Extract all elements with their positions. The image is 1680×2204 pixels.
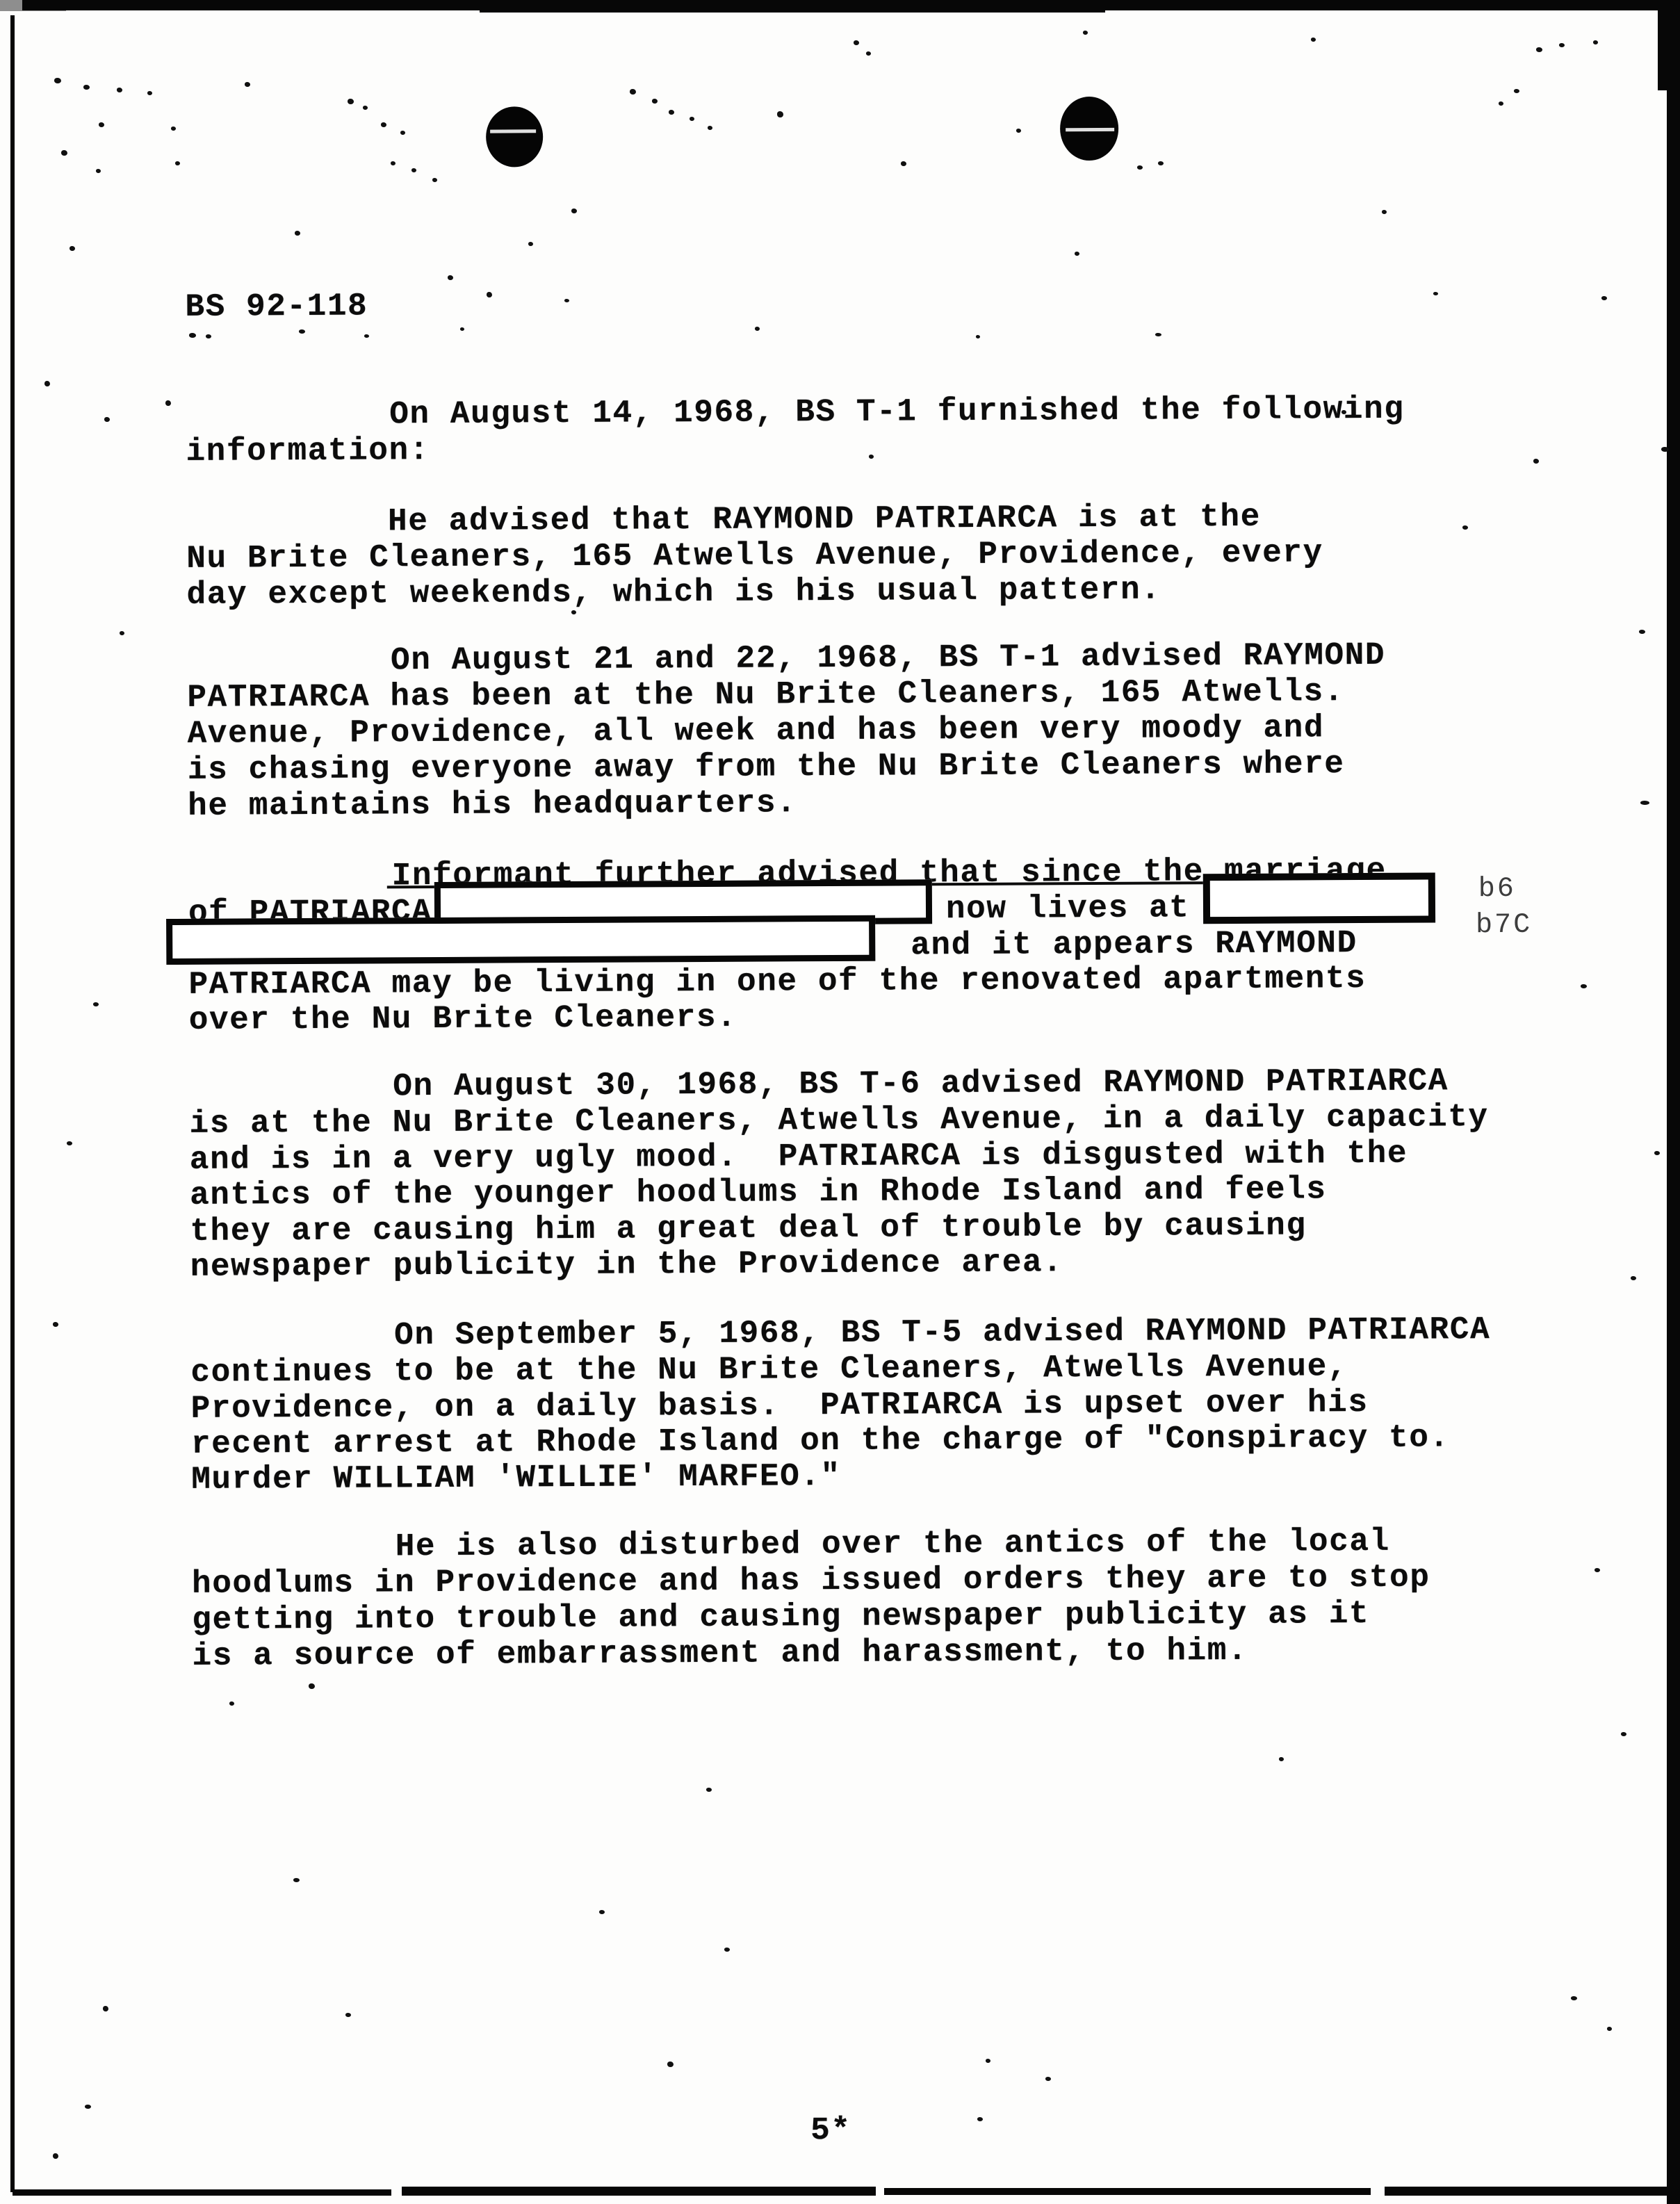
paragraph-6-line-4: recent arrest at Rhode Island on the cha… <box>191 1420 1450 1462</box>
paragraph-2-line-3: day except weekends, which is his usual … <box>186 573 1161 613</box>
paragraph-7-line-4: is a source of embarrassment and harassm… <box>192 1633 1248 1674</box>
paragraph-4-line-4: PATRIARCA may be living in one of the re… <box>188 961 1366 1003</box>
typed-content-layer: BS 92-118 On August 14, 1968, BS T-1 fur… <box>0 0 1680 2204</box>
paragraph-4-line-5: over the Nu Brite Cleaners. <box>189 1000 737 1038</box>
hole-punch-right-scratch <box>1066 128 1114 131</box>
hole-punch-left-scratch <box>490 129 536 133</box>
paragraph-6-line-5: Murder WILLIAM 'WILLIE' MARFEO." <box>191 1459 841 1498</box>
paragraph-1-line-2: information: <box>186 433 430 470</box>
paragraph-6-line-2: continues to be at the Nu Brite Cleaners… <box>190 1349 1348 1391</box>
paragraph-3-line-5: he maintains his headquarters. <box>188 785 797 824</box>
paragraph-3-line-3: Avenue, Providence, all week and has bee… <box>188 710 1325 752</box>
paragraph-5-line-1: On August 30, 1968, BS T-6 advised RAYMO… <box>393 1063 1449 1104</box>
exemption-code-b6: b6 <box>1478 874 1516 905</box>
redaction-box-2 <box>1203 872 1435 924</box>
paragraph-5-line-6: newspaper publicity in the Providence ar… <box>190 1245 1063 1285</box>
paragraph-7-line-2: hoodlums in Providence and has issued or… <box>192 1560 1430 1602</box>
hole-punch-left <box>486 106 543 167</box>
redaction-box-3 <box>166 915 875 965</box>
paragraph-7-line-1: He is also disturbed over the antics of … <box>395 1524 1390 1565</box>
paragraph-5-line-5: they are causing him a great deal of tro… <box>190 1208 1306 1249</box>
scanned-document-page: BS 92-118 On August 14, 1968, BS T-1 fur… <box>0 0 1680 2204</box>
paragraph-3-line-2: PATRIARCA has been at the Nu Brite Clean… <box>187 674 1344 716</box>
paragraph-7-line-3: getting into trouble and causing newspap… <box>192 1597 1369 1638</box>
paragraph-4-line-2-mid: now lives at <box>946 890 1190 927</box>
page-number: 5* <box>810 2113 851 2148</box>
paragraph-2-line-2: Nu Brite Cleaners, 165 Atwells Avenue, P… <box>186 535 1323 577</box>
paragraph-3-line-4: is chasing everyone away from the Nu Bri… <box>188 746 1345 788</box>
paragraph-6-line-1: On September 5, 1968, BS T-5 advised RAY… <box>394 1312 1490 1353</box>
paragraph-2-line-1: He advised that RAYMOND PATRIARCA is at … <box>388 500 1261 540</box>
paragraph-1-line-1: On August 14, 1968, BS T-1 furnished the… <box>389 392 1404 433</box>
paragraph-3-line-1: On August 21 and 22, 1968, BS T-1 advise… <box>391 638 1385 678</box>
case-number: BS 92-118 <box>185 288 368 325</box>
paragraph-4-line-3-suffix: and it appears RAYMOND <box>911 926 1357 963</box>
paragraph-5-line-4: antics of the younger hoodlums in Rhode … <box>190 1172 1327 1214</box>
exemption-code-b7c: b7C <box>1476 910 1532 941</box>
